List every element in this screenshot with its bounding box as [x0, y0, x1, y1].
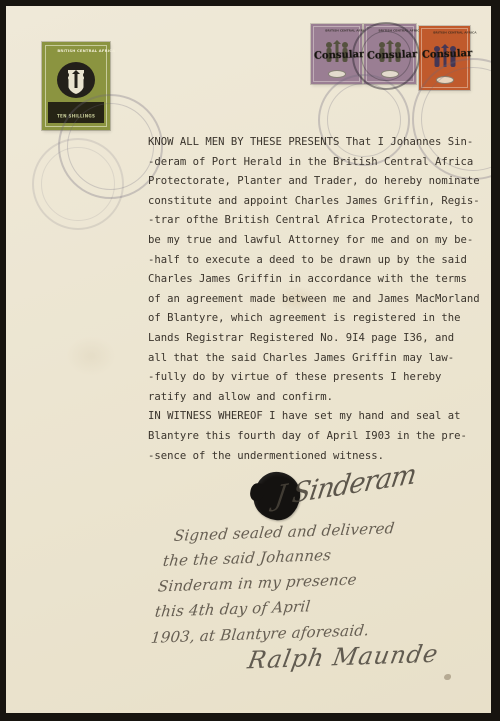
typed-line: IN WITNESS WHEREOF I have set my hand an…	[148, 407, 484, 427]
typed-line: -trar ofthe British Central Africa Prote…	[148, 211, 484, 231]
typed-line: Charles James Griffin in accordance with…	[148, 270, 484, 290]
postmark-circle	[32, 138, 124, 230]
typed-line: -deram of Port Herald in the British Cen…	[148, 153, 484, 173]
postmark-inner-ring	[361, 31, 411, 81]
typed-line: Lands Registrar Registered No. 9I4 page …	[148, 329, 484, 349]
attestation-line: Sinderam in my presence	[157, 570, 358, 595]
stamp-country-label: BRITISH CENTRAL AFRICA	[57, 49, 94, 54]
typed-line: ratify and allow and confirm.	[148, 388, 484, 408]
attestation-line: Signed sealed and delivered	[173, 519, 395, 545]
paper: BRITISH CENTRAL AFRICA TEN SHILLINGS	[6, 6, 491, 713]
typed-line: KNOW ALL MEN BY THESE PRESENTS That I Jo…	[148, 133, 484, 153]
typed-line: Blantyre this fourth day of April I903 i…	[148, 427, 484, 447]
typed-line: constitute and appoint Charles James Gri…	[148, 192, 484, 212]
typed-line: of Blantyre, which agreement is register…	[148, 309, 484, 329]
attestation-line: this 4th day of April	[154, 597, 311, 621]
paper-stain	[66, 336, 116, 376]
wax-seal-blob	[249, 482, 265, 502]
typed-line: Protectorate, Planter and Trader, do her…	[148, 172, 484, 192]
attestation-line: the the said Johannes	[162, 546, 332, 570]
typed-line: -fully do by virtue of these presents I …	[148, 368, 484, 388]
paper-speck	[444, 674, 451, 680]
witness-signature: Ralph Maunde	[246, 640, 441, 675]
postmark-inner-ring	[41, 147, 115, 221]
stamp-value-tablet	[328, 70, 346, 78]
typed-line: all that the said Charles James Griffin …	[148, 349, 484, 369]
typed-line: be my true and lawful Attorney for me an…	[148, 231, 484, 251]
stamp-country-label: BRITISH CENTRAL AFRICA	[325, 29, 348, 32]
typed-line: of an agreement made between me and Jame…	[148, 290, 484, 310]
typed-line: -half to execute a deed to be drawn up b…	[148, 251, 484, 271]
stamp-country-label: BRITISH CENTRAL AFRICA	[433, 31, 456, 34]
typed-text-block: KNOW ALL MEN BY THESE PRESENTS That I Jo…	[148, 133, 484, 466]
postmark-cancel-circle	[352, 22, 420, 90]
document-photo: BRITISH CENTRAL AFRICA TEN SHILLINGS	[0, 0, 500, 721]
